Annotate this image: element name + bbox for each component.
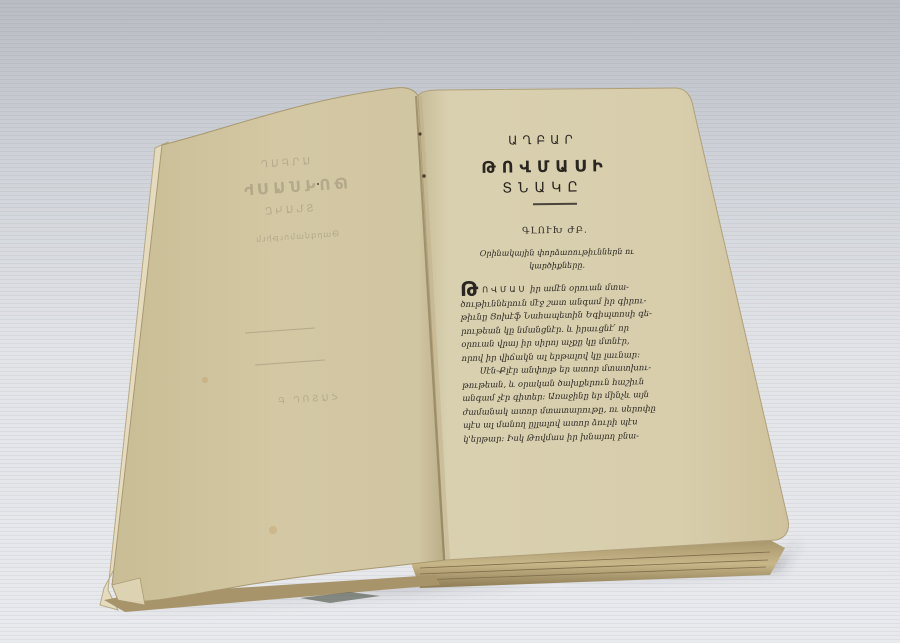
open-book xyxy=(0,0,900,643)
right-page xyxy=(418,88,789,560)
left-page xyxy=(112,88,445,602)
